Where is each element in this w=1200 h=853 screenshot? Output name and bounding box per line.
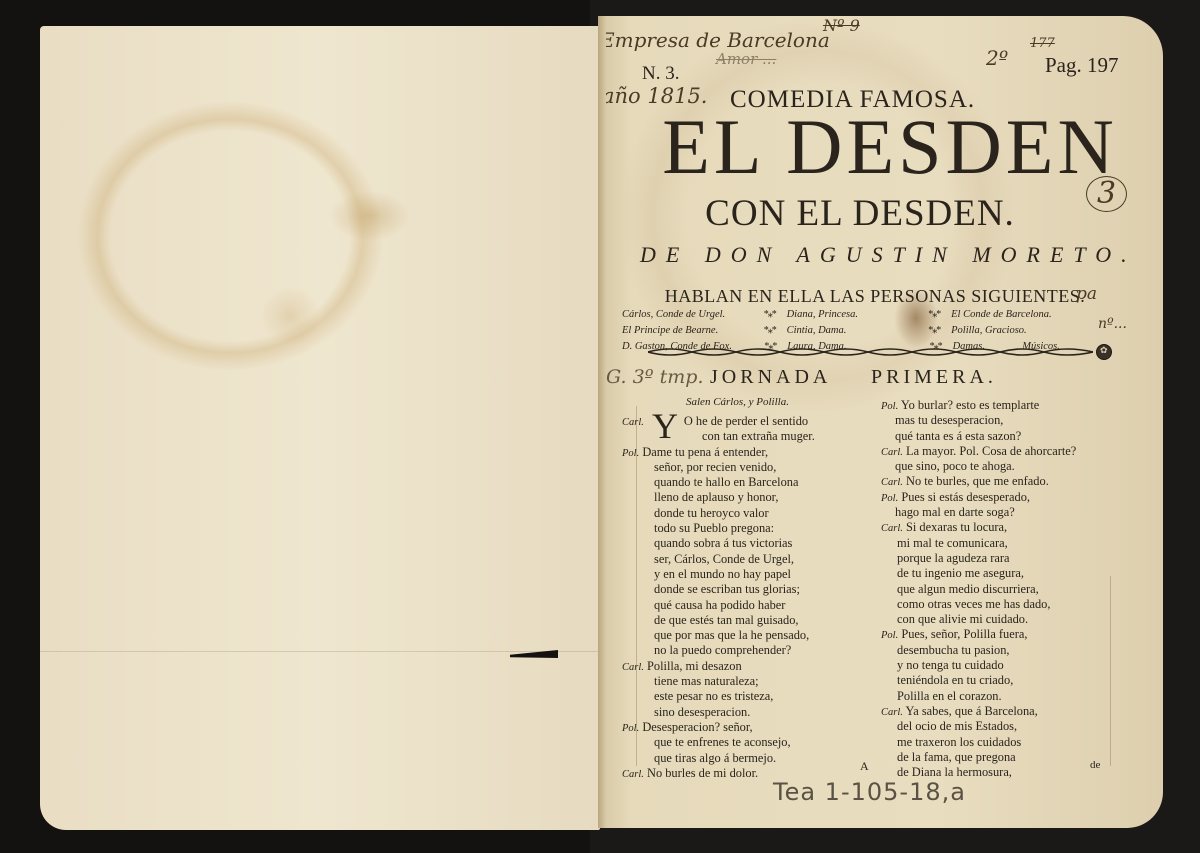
verse-line: de que estés tan mal guisado, bbox=[622, 613, 815, 628]
verse-line: porque la agudeza rara bbox=[881, 551, 1076, 566]
verse-line: que algun medio discurriera, bbox=[881, 582, 1076, 597]
margin-note: nº... bbox=[1098, 316, 1127, 332]
verse-line: lleno de aplauso y honor, bbox=[622, 490, 815, 505]
play-subtitle: CON EL DESDEN. bbox=[640, 192, 1080, 235]
handwritten-struck-title: Amor ... bbox=[716, 50, 776, 68]
verse-line: de tu ingenio me asegura, bbox=[881, 566, 1076, 581]
verse-line: teniéndola en tu criado, bbox=[881, 673, 1076, 688]
asterism-icon: *⁎* bbox=[917, 309, 951, 320]
text-column-right: Pol. Yo burlar? esto es templarte mas tu… bbox=[881, 398, 1076, 780]
handwritten-empresa: Empresa de Barcelona bbox=[600, 28, 830, 52]
stage-direction: Salen Cárlos, y Polilla. bbox=[686, 396, 789, 408]
verse-line: de la fama, que pregona bbox=[881, 750, 1076, 765]
circled-handwritten-mark: 3 bbox=[1086, 176, 1127, 212]
verse-line: qué tanta es á esta sazon? bbox=[881, 429, 1076, 444]
verse-line: que sino, poco te ahoga. bbox=[881, 459, 1076, 474]
verse-line: Carl. Polilla, mi desazon bbox=[622, 659, 815, 674]
rosette-ornament-icon bbox=[1096, 344, 1112, 360]
cast-entry: Cintia, Dama. bbox=[787, 325, 918, 336]
left-page-blank bbox=[40, 26, 600, 830]
verse-line: hago mal en darte soga? bbox=[881, 505, 1076, 520]
verse-line: Pol. Desesperacion? señor, bbox=[622, 720, 815, 735]
verse-line: qué causa ha podido haber bbox=[622, 598, 815, 613]
handwritten-struck-number: Nº 9 bbox=[823, 16, 860, 35]
verse-line: como otras veces me has dado, bbox=[881, 597, 1076, 612]
verse-line: Carl. Si dexaras tu locura, bbox=[881, 520, 1076, 535]
verse-line: no la puedo comprehender? bbox=[622, 643, 815, 658]
verse-line: tiene mas naturaleza; bbox=[622, 674, 815, 689]
signature-mark: A bbox=[860, 759, 869, 774]
verse-line: este pesar no es tristeza, bbox=[622, 689, 815, 704]
verse-line: del ocio de mis Estados, bbox=[881, 719, 1076, 734]
handwritten-struck-corner: 177 bbox=[1030, 36, 1055, 51]
verse-line: mi mal te comunicara, bbox=[881, 536, 1076, 551]
verse-line: señor, por recien venido, bbox=[622, 460, 815, 475]
verse-line: ser, Cárlos, Conde de Urgel, bbox=[622, 552, 815, 567]
margin-note: pa bbox=[1076, 284, 1097, 304]
verse-line: mas tu desesperacion, bbox=[881, 413, 1076, 428]
cast-row: Cárlos, Conde de Urgel. *⁎* Diana, Princ… bbox=[622, 306, 1082, 322]
cast-entry: Diana, Princesa. bbox=[787, 309, 918, 320]
verse-line: Carl.O he de perder el sentido bbox=[622, 414, 815, 429]
verse-line: quando te hallo en Barcelona bbox=[622, 475, 815, 490]
verse-line: Pol. Yo burlar? esto es templarte bbox=[881, 398, 1076, 413]
page-number: Pag. 197 bbox=[1045, 53, 1119, 78]
verse-line: todo su Pueblo pregona: bbox=[622, 521, 815, 536]
cast-heading: HABLAN EN ELLA LAS PERSONAS SIGUIENTES. bbox=[640, 286, 1110, 307]
author-line: DE DON AGUSTIN MORETO. bbox=[640, 242, 1110, 268]
handwritten-corner-mark: 2º bbox=[986, 46, 1008, 70]
asterism-icon: *⁎* bbox=[753, 325, 787, 336]
verse-line: y no tenga tu cuidado bbox=[881, 658, 1076, 673]
verse-line: que te enfrenes te aconsejo, bbox=[622, 735, 815, 750]
asterism-icon: *⁎* bbox=[917, 325, 951, 336]
margin-rule bbox=[1110, 576, 1111, 766]
verse-line: que por mas que la he pensado, bbox=[622, 628, 815, 643]
catchword: de bbox=[1090, 759, 1100, 771]
cast-entry: El Principe de Bearne. bbox=[622, 325, 753, 336]
edition-number: N. 3. bbox=[642, 63, 679, 85]
cast-entry: Polilla, Gracioso. bbox=[951, 325, 1082, 336]
verse-line: me traxeron los cuidados bbox=[881, 735, 1076, 750]
asterism-icon: *⁎* bbox=[753, 309, 787, 320]
verse-line: y en el mundo no hay papel bbox=[622, 567, 815, 582]
margin-note-jornada: G. 3º tmp. bbox=[606, 366, 704, 388]
verse-line: desembucha tu pasion, bbox=[881, 643, 1076, 658]
cast-entry: El Conde de Barcelona. bbox=[951, 309, 1082, 320]
verse-line: sino desesperacion. bbox=[622, 705, 815, 720]
act-heading: JORNADA bbox=[710, 366, 831, 389]
text-column-left: Carl.O he de perder el sentido con tan e… bbox=[622, 414, 815, 781]
book-gutter bbox=[598, 16, 606, 828]
verse-line: Pol. Pues si estás desesperado, bbox=[881, 490, 1076, 505]
ornament-rule-icon bbox=[648, 346, 1093, 358]
verse-line: donde tu heroyco valor bbox=[622, 506, 815, 521]
cast-entry: Cárlos, Conde de Urgel. bbox=[622, 309, 753, 320]
call-number: Tea 1-105-18,a bbox=[773, 778, 966, 806]
verse-line: Pol. Pues, señor, Polilla fuera, bbox=[881, 627, 1076, 642]
play-title: EL DESDEN bbox=[640, 108, 1140, 186]
verse-line: con tan extraña muger. bbox=[622, 429, 815, 444]
verse-line: Pol. Dame tu pena á entender, bbox=[622, 445, 815, 460]
verse-line: Carl. La mayor. Pol. Cosa de ahorcarte? bbox=[881, 444, 1076, 459]
verse-line: Polilla en el corazon. bbox=[881, 689, 1076, 704]
right-page-title: Empresa de Barcelona Nº 9 Amor ... 2º 17… bbox=[598, 16, 1163, 828]
verse-line: Carl. No te burles, que me enfado. bbox=[881, 474, 1076, 489]
act-heading-2: PRIMERA. bbox=[871, 366, 997, 389]
fold-crease bbox=[40, 651, 600, 652]
verse-line: con que alivie mi cuidado. bbox=[881, 612, 1076, 627]
verse-line: donde se escriban tus glorias; bbox=[622, 582, 815, 597]
verse-line: que tiras algo á bermejo. bbox=[622, 751, 815, 766]
verse-line: Carl. Ya sabes, que á Barcelona, bbox=[881, 704, 1076, 719]
cast-row: El Principe de Bearne. *⁎* Cintia, Dama.… bbox=[622, 322, 1082, 338]
verse-line: quando sobra á tus victorias bbox=[622, 536, 815, 551]
